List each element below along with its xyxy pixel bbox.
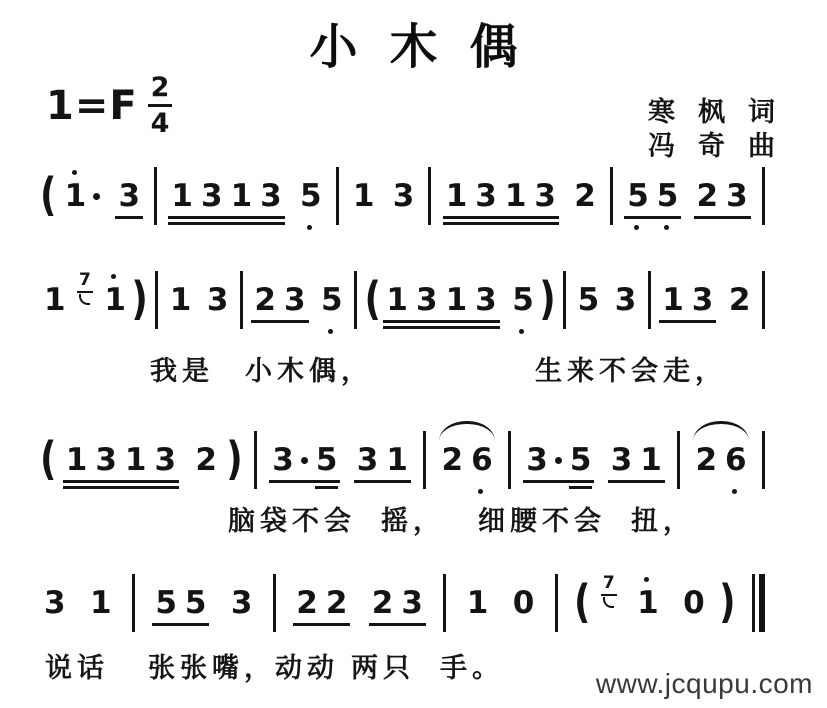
note: 0 <box>513 588 535 619</box>
note: 1 <box>170 285 192 316</box>
parenthesis: ) <box>539 278 555 323</box>
barline <box>677 431 680 489</box>
note-digit: 3 <box>201 181 223 212</box>
note-digit: 5 <box>321 285 343 316</box>
augmentation-dot <box>93 193 100 200</box>
barline <box>563 271 566 329</box>
grace-note-digit: 7 <box>77 272 93 293</box>
parenthesis: ( <box>40 438 56 483</box>
note-group: 3 <box>203 285 233 316</box>
note-digit: 3 <box>401 588 423 619</box>
lyric-segment: 我是 <box>150 349 214 388</box>
note-group: 23 <box>250 285 309 316</box>
note-group: 31 <box>607 445 666 476</box>
barline <box>762 271 765 329</box>
tie-arc <box>693 421 748 441</box>
note: 3 <box>260 181 282 212</box>
note: 5 <box>316 445 338 476</box>
note-digit: 1 <box>386 445 408 476</box>
note-digit: 3 <box>534 181 556 212</box>
barline <box>423 431 426 489</box>
note-group: 3 <box>611 285 641 316</box>
note-group: 1313 <box>442 181 560 212</box>
beam-line <box>694 216 751 219</box>
octave-dot-high <box>644 577 649 582</box>
note: 3 <box>201 181 223 212</box>
note: 1 <box>446 181 468 212</box>
octave-dot-high <box>111 274 116 279</box>
beam-line <box>383 320 499 323</box>
note-digit: 3 <box>416 285 438 316</box>
note-digit: 2 <box>695 445 717 476</box>
note: 1 <box>662 285 684 316</box>
note-digit: 1 <box>104 285 126 316</box>
note-digit: 3 <box>393 181 415 212</box>
lyric-segment: 摇， <box>381 499 445 538</box>
note-digit: 1 <box>386 285 408 316</box>
barline <box>354 271 357 329</box>
note-group: 5 <box>508 285 538 316</box>
note-digit: 1 <box>170 285 192 316</box>
note-group: 2 <box>725 285 755 316</box>
note: 1 <box>90 588 112 619</box>
note: 1 <box>386 285 408 316</box>
parenthesis: ( <box>40 174 56 219</box>
grace-slur-icon <box>79 294 90 305</box>
note-digit: 3 <box>526 445 548 476</box>
lyric-segment: 两只 <box>351 646 415 685</box>
tie-arc <box>439 421 494 441</box>
note: 1 <box>66 445 88 476</box>
key-signature: 1=F 2 4 <box>46 74 172 137</box>
augmentation-dot <box>555 457 562 464</box>
extra-beam-line <box>315 486 339 489</box>
score-line-4: 31553222310(710) <box>40 557 765 649</box>
time-signature-denominator: 4 <box>151 107 170 137</box>
note-digit: 5 <box>657 181 679 212</box>
note-group: 55 <box>623 181 682 212</box>
lyric-segment: 动动 <box>275 646 339 685</box>
note: 1 <box>446 285 468 316</box>
note-group: 1 <box>86 588 116 619</box>
note-digit: 1 <box>446 181 468 212</box>
note-digit: 3 <box>272 445 294 476</box>
time-signature: 2 4 <box>148 74 173 137</box>
note-digit: 1 <box>637 588 659 619</box>
barline <box>132 574 135 632</box>
note: 2 <box>254 285 276 316</box>
note: 1 <box>125 445 147 476</box>
octave-dot-high <box>72 170 77 175</box>
note: 1 <box>44 285 66 316</box>
note-group: 5 <box>574 285 604 316</box>
grace-note: 7 <box>601 575 617 608</box>
note: 3 <box>401 588 423 619</box>
note: 3 <box>416 285 438 316</box>
note-digit: 5 <box>316 445 338 476</box>
barline <box>610 167 613 225</box>
note-digit: 3 <box>615 285 637 316</box>
note-digit: 1 <box>171 181 193 212</box>
barline <box>648 271 651 329</box>
octave-dot-low <box>664 225 669 230</box>
lyric-segment: 说话 <box>45 646 109 685</box>
grace-note-digit: 7 <box>601 575 617 596</box>
octave-dot-low <box>519 329 524 334</box>
note-group: 3 <box>389 181 419 212</box>
note: 1 <box>640 445 662 476</box>
note-digit: 1 <box>446 285 468 316</box>
note: 5 <box>570 445 592 476</box>
beam-line <box>168 222 284 225</box>
note-digit: 2 <box>372 588 394 619</box>
note: 5 <box>300 181 322 212</box>
note-digit: 0 <box>683 588 705 619</box>
note-digit: 1 <box>90 588 112 619</box>
note-digit: 2 <box>574 181 596 212</box>
note-group: 23 <box>693 181 752 212</box>
beam-line <box>523 480 594 483</box>
note-group: 1313 <box>382 285 500 316</box>
note: 3 <box>207 285 229 316</box>
extra-beam-line <box>569 486 593 489</box>
note: 2 <box>729 285 751 316</box>
barline <box>254 431 257 489</box>
beam-line <box>369 623 426 626</box>
note-group: 13 <box>658 285 717 316</box>
note-digit: 3 <box>154 445 176 476</box>
note: 2 <box>695 445 717 476</box>
note-group: 2 <box>570 181 600 212</box>
barline <box>154 167 157 225</box>
beam-line <box>659 320 716 323</box>
note-group: 1 <box>166 285 196 316</box>
note-group: 35 <box>522 445 595 476</box>
note-group: 26 <box>437 445 496 476</box>
octave-dot-low <box>634 225 639 230</box>
beam-line <box>152 623 209 626</box>
beam-line <box>293 623 350 626</box>
beam-line <box>63 486 179 489</box>
note-digit: 1 <box>66 445 88 476</box>
note: 3 <box>44 588 66 619</box>
note-group: 1 <box>40 285 70 316</box>
note-digit: 6 <box>471 445 493 476</box>
lyric-segment: 细腰不会 <box>478 499 606 538</box>
parenthesis: ( <box>365 278 381 323</box>
note-group: 1313 <box>167 181 285 212</box>
beam-line <box>251 320 308 323</box>
beam-line <box>269 480 340 483</box>
lyric-segment: 张张嘴， <box>148 646 276 685</box>
note: 3 <box>692 285 714 316</box>
note-digit: 2 <box>441 445 463 476</box>
note-digit: 5 <box>185 588 207 619</box>
note: 3 <box>526 445 562 476</box>
note-digit: 5 <box>627 181 649 212</box>
note-digit: 2 <box>195 445 217 476</box>
note-group: 1 <box>633 588 663 619</box>
score-line-3: (13132)353126353126 <box>40 414 765 506</box>
note: 3 <box>615 285 637 316</box>
parenthesis: ( <box>574 581 590 626</box>
key-tonic: 1=F <box>46 83 138 129</box>
lyric-segment: 小木偶， <box>245 349 373 388</box>
lyric-segment: 扭， <box>631 499 695 538</box>
barline <box>555 574 558 632</box>
note: 2 <box>441 445 463 476</box>
note-group: 0 <box>679 588 709 619</box>
barline <box>443 574 446 632</box>
barline <box>240 271 243 329</box>
barline <box>428 167 431 225</box>
note: 0 <box>683 588 705 619</box>
note: 5 <box>657 181 679 212</box>
note-group: 31 <box>353 445 412 476</box>
octave-dot-low <box>328 329 333 334</box>
barline <box>155 271 158 329</box>
score-line-1: (131313513131325523 <box>40 150 765 242</box>
beam-line <box>443 216 559 219</box>
note-digit: 5 <box>512 285 534 316</box>
lyric-segment: 脑袋不会 <box>228 499 356 538</box>
note: 5 <box>185 588 207 619</box>
note-digit: 3 <box>284 285 306 316</box>
note-group: 2 <box>191 445 221 476</box>
parenthesis: ) <box>226 438 242 483</box>
note: 3 <box>231 588 253 619</box>
beam-line <box>354 480 411 483</box>
score-line-2: 171)13235(13135)53132 <box>40 254 765 346</box>
note: 3 <box>95 445 117 476</box>
augmentation-dot <box>301 457 308 464</box>
note-group: 1 <box>61 181 105 212</box>
note-digit: 2 <box>296 588 318 619</box>
barline <box>508 431 511 489</box>
note: 1 <box>467 588 489 619</box>
note: 3 <box>284 285 306 316</box>
grace-slur-icon <box>603 597 614 608</box>
note-digit: 1 <box>662 285 684 316</box>
beam-line <box>624 216 681 219</box>
note: 5 <box>155 588 177 619</box>
final-barline-thick <box>759 574 765 632</box>
note-digit: 2 <box>697 181 719 212</box>
note-digit: 5 <box>300 181 322 212</box>
note: 1 <box>353 181 375 212</box>
note: 2 <box>195 445 217 476</box>
note-digit: 3 <box>475 181 497 212</box>
note: 3 <box>475 181 497 212</box>
note-group: 26 <box>691 445 750 476</box>
barline <box>336 167 339 225</box>
note-digit: 3 <box>611 445 633 476</box>
note-group: 3 <box>40 588 70 619</box>
beam-line <box>443 222 559 225</box>
note: 1 <box>637 588 659 619</box>
watermark: www.jcqupu.com <box>596 668 813 700</box>
note: 3 <box>534 181 556 212</box>
note-digit: 1 <box>467 588 489 619</box>
note-group: 1 <box>100 285 130 316</box>
note-digit: 1 <box>65 181 87 212</box>
note-group: 5 <box>317 285 347 316</box>
note-digit: 1 <box>353 181 375 212</box>
note: 3 <box>475 285 497 316</box>
note: 3 <box>726 181 748 212</box>
parenthesis: ) <box>719 581 735 626</box>
note-digit: 6 <box>725 445 747 476</box>
grace-note: 7 <box>77 272 93 305</box>
lyric-line-1: 我是小木偶，生来不会走， <box>0 349 827 385</box>
note-digit: 5 <box>570 445 592 476</box>
note: 1 <box>231 181 253 212</box>
note-digit: 3 <box>95 445 117 476</box>
note-digit: 3 <box>231 588 253 619</box>
note-digit: 3 <box>475 285 497 316</box>
note-digit: 1 <box>231 181 253 212</box>
time-signature-numerator: 2 <box>148 74 173 107</box>
note: 3 <box>154 445 176 476</box>
note-group: 1 <box>463 588 493 619</box>
note-digit: 0 <box>513 588 535 619</box>
note: 3 <box>357 445 379 476</box>
note-group: 1 <box>349 181 379 212</box>
note: 5 <box>627 181 649 212</box>
note-group: 0 <box>509 588 539 619</box>
score-sheet: 小木偶 1=F 2 4 寒枫词 冯奇曲 (131313513131325523 … <box>0 0 827 708</box>
note: 3 <box>118 181 140 212</box>
note: 3 <box>272 445 308 476</box>
note-digit: 5 <box>578 285 600 316</box>
lyric-segment: 生来不会走， <box>535 349 727 388</box>
note: 3 <box>611 445 633 476</box>
note-digit: 1 <box>640 445 662 476</box>
note-digit: 2 <box>729 285 751 316</box>
beam-line <box>383 326 499 329</box>
note-group: 55 <box>151 588 210 619</box>
note: 1 <box>65 181 101 212</box>
note: 5 <box>321 285 343 316</box>
note-group: 3 <box>114 181 144 212</box>
barline <box>762 167 765 225</box>
note: 2 <box>326 588 348 619</box>
octave-dot-low <box>478 489 483 494</box>
beam-line <box>608 480 665 483</box>
note-digit: 3 <box>44 588 66 619</box>
beam-line <box>63 480 179 483</box>
note: 1 <box>104 285 126 316</box>
note-digit: 3 <box>207 285 229 316</box>
note: 1 <box>386 445 408 476</box>
note: 1 <box>171 181 193 212</box>
lyricist-credit: 寒枫词 <box>648 96 798 130</box>
octave-dot-low <box>732 489 737 494</box>
note-digit: 3 <box>260 181 282 212</box>
note-digit: 3 <box>726 181 748 212</box>
barline <box>762 431 765 489</box>
note-digit: 2 <box>326 588 348 619</box>
note: 2 <box>574 181 596 212</box>
song-title: 小木偶 <box>0 8 827 77</box>
note: 5 <box>512 285 534 316</box>
note: 2 <box>372 588 394 619</box>
beam-line <box>168 216 284 219</box>
note-digit: 3 <box>118 181 140 212</box>
note-group: 3 <box>227 588 257 619</box>
note: 3 <box>393 181 415 212</box>
barline <box>273 574 276 632</box>
note-digit: 1 <box>44 285 66 316</box>
lyric-segment: 手。 <box>440 646 504 685</box>
note-digit: 1 <box>125 445 147 476</box>
note-group: 5 <box>296 181 326 212</box>
note-group: 1313 <box>62 445 180 476</box>
note-group: 35 <box>268 445 341 476</box>
note-digit: 3 <box>357 445 379 476</box>
note: 1 <box>505 181 527 212</box>
note: 6 <box>725 445 747 476</box>
note-digit: 2 <box>254 285 276 316</box>
final-barline <box>752 574 765 632</box>
parenthesis: ) <box>131 278 147 323</box>
note-group: 23 <box>368 588 427 619</box>
note-digit: 3 <box>692 285 714 316</box>
beam-line <box>115 216 143 219</box>
note: 2 <box>697 181 719 212</box>
note-digit: 5 <box>155 588 177 619</box>
note-digit: 1 <box>505 181 527 212</box>
note: 2 <box>296 588 318 619</box>
note-group: 22 <box>292 588 351 619</box>
note: 6 <box>471 445 493 476</box>
octave-dot-low <box>307 225 312 230</box>
lyric-line-2: 脑袋不会摇，细腰不会扭， <box>0 499 827 535</box>
note: 5 <box>578 285 600 316</box>
